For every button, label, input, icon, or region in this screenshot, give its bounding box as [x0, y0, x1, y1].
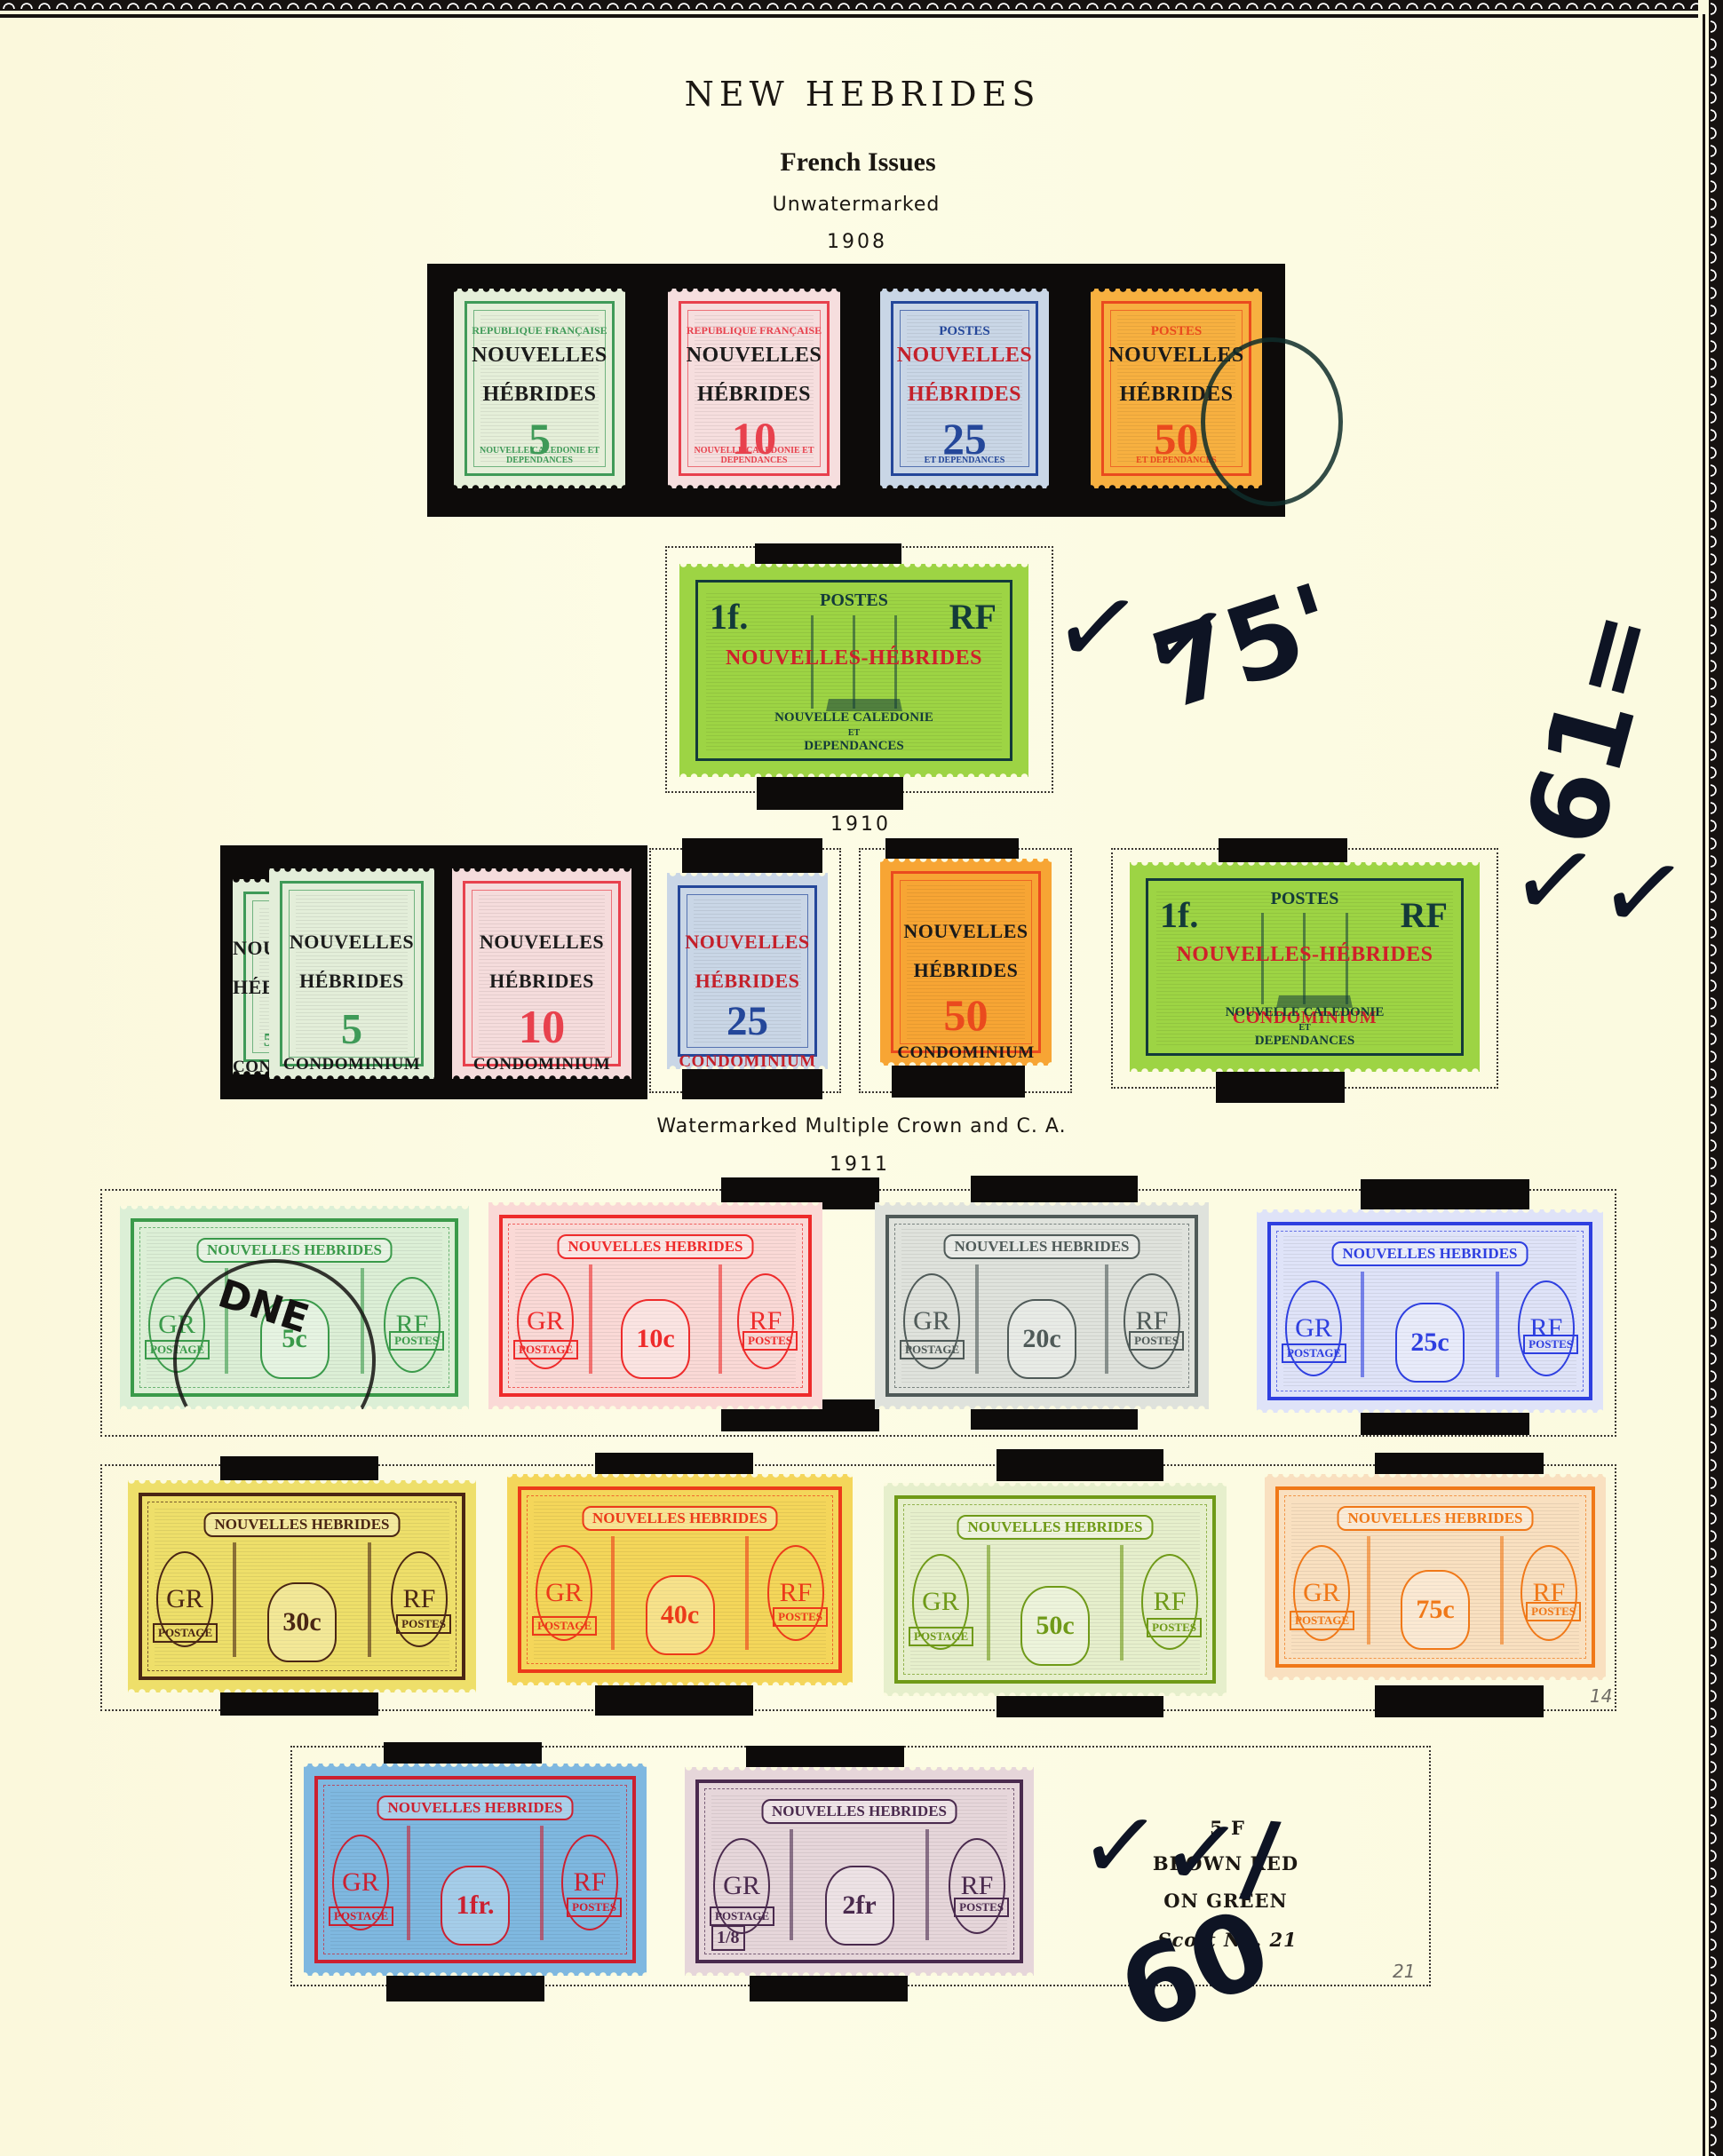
tablet-postes: POSTES — [773, 1607, 828, 1627]
monogram-rf: RF — [384, 1277, 441, 1373]
stamp-overprint: NOUVELLES — [880, 345, 1049, 367]
stamp-banner: NOUVELLES HEBRIDES — [558, 1234, 754, 1259]
stamp-bottom-text: NOUVELLE CALEDONIE — [679, 710, 1028, 725]
stamp-bottom-text: DEPENDANCES — [1130, 1034, 1480, 1049]
stamp-1910-10c[interactable]: 10NOUVELLESHÉBRIDESCONDOMINIUM — [452, 868, 631, 1079]
monogram-rf: RF — [949, 1838, 1005, 1934]
palm-tree-icon — [719, 1264, 722, 1374]
stamp-bottom-text: NOUVELLE CALEDONIE ET DEPENDANCES — [454, 446, 625, 465]
tablet-postes: POSTES — [742, 1331, 798, 1351]
palm-tree-icon — [368, 1542, 371, 1657]
postmark — [1201, 337, 1343, 506]
stamp-bottom-text: DEPENDANCES — [679, 739, 1028, 754]
stamp-1908-25c[interactable]: POSTES25ET DEPENDANCESNOUVELLESHÉBRIDES — [880, 289, 1049, 488]
stamp-overprint: CONDOMINIUM — [667, 1053, 828, 1069]
stamp-denomination: 25c — [1395, 1303, 1465, 1383]
stamp-banner: NOUVELLES HEBRIDES — [377, 1795, 574, 1820]
stamp-1910-1f-face[interactable]: 1f.RFPOSTESNOUVELLES-HÉBRIDESCONDOMINIUM… — [1130, 862, 1480, 1072]
palm-tree-icon — [975, 1264, 979, 1374]
stamp-top-text: POSTES — [880, 324, 1049, 339]
mount-hinge — [757, 774, 903, 810]
stamp-1911-1fr[interactable]: NOUVELLES HEBRIDESGRRFPOSTAGEPOSTES1fr. — [304, 1764, 647, 1976]
stamp-overprint: CONDOMINIUM — [269, 1056, 434, 1074]
tablet-postes: POSTES — [1129, 1331, 1184, 1351]
stamp-overprint: CONDOMINIUM — [452, 1056, 631, 1074]
stamp-banner: NOUVELLES HEBRIDES — [204, 1512, 401, 1537]
tablet-postes: POSTES — [396, 1614, 451, 1634]
stamp-1911-20c[interactable]: NOUVELLES HEBRIDESGRRFPOSTAGEPOSTES20c — [875, 1202, 1209, 1409]
stamp-bottom-text: ET — [679, 728, 1028, 738]
monogram-rf: RF — [737, 1273, 794, 1369]
tablet-postage: POSTAGE — [900, 1340, 965, 1359]
stamp-1910-5c[interactable]: 5NOUVELLESHÉBRIDESCONDOMINIUM — [269, 868, 434, 1079]
stamp-denomination: 10c — [621, 1299, 690, 1379]
stamp-1911-5c[interactable]: NOUVELLES HEBRIDESGRRFPOSTAGEPOSTES5cDNE — [120, 1206, 469, 1409]
palm-tree-icon — [1367, 1536, 1370, 1645]
album-page: NEW HEBRIDES French Issues Unwatermarked… — [0, 0, 1723, 2156]
stamp-overprint: HÉBRIDES — [454, 384, 625, 406]
stamp-banner: NOUVELLES HEBRIDES — [944, 1234, 1140, 1259]
page-border-right — [1709, 0, 1723, 2156]
handwritten-checkmarks-1911: ✓✓/ — [1075, 1785, 1283, 1915]
stamp-1911-2fr[interactable]: NOUVELLES HEBRIDESGRRFPOSTAGEPOSTES2fr1/… — [685, 1767, 1034, 1976]
stamp-1908-10c[interactable]: REPUBLIQUE FRANÇAISE10NOUVELLE CALEDONIE… — [668, 289, 840, 488]
stamp-top-text: POSTES — [1130, 889, 1480, 909]
tablet-postes: POSTES — [567, 1898, 622, 1917]
mount-hinge — [996, 1449, 1163, 1481]
stamp-bottom-text: ET DEPENDANCES — [880, 456, 1049, 465]
stamp-denomination: 25 — [667, 997, 828, 1045]
mount-hinge — [892, 1062, 1025, 1098]
stamp-denomination: 20c — [1007, 1299, 1076, 1379]
palm-tree-icon — [790, 1829, 793, 1940]
stamp-banner: NOUVELLES HEBRIDES — [761, 1799, 957, 1824]
section-watermarked: Watermarked Multiple Crown and C. A. — [656, 1115, 1066, 1137]
mount-hinge — [682, 838, 822, 874]
stamp-overprint: NOUVELLES — [668, 345, 840, 367]
tablet-postage: POSTAGE — [532, 1616, 597, 1636]
monogram-rf: RF — [1521, 1545, 1577, 1641]
palm-tree-icon — [540, 1826, 544, 1940]
mount-hinge — [595, 1684, 753, 1716]
stamp-1911-50c[interactable]: NOUVELLES HEBRIDESGRRFPOSTAGEPOSTES50c — [884, 1483, 1227, 1696]
palm-tree-icon — [1105, 1264, 1108, 1374]
stamp-denomination: 1fr. — [441, 1866, 510, 1946]
stamp-1910-25c[interactable]: 25NOUVELLESHÉBRIDESCONDOMINIUM — [667, 873, 828, 1069]
palm-tree-icon — [1496, 1272, 1499, 1377]
stamp-denomination: 50c — [1020, 1586, 1090, 1666]
page-rule-top — [0, 14, 1698, 18]
tablet-postage: POSTAGE — [329, 1906, 393, 1926]
year-1911: 1911 — [830, 1153, 890, 1176]
stamp-denomination: 5 — [269, 1005, 434, 1054]
stamp-banner: NOUVELLES HEBRIDES — [1338, 1506, 1534, 1531]
stamp-1911-30c[interactable]: NOUVELLES HEBRIDESGRRFPOSTAGEPOSTES30c — [128, 1480, 476, 1692]
stamp-overprint: NOUVELLES — [454, 345, 625, 367]
stamp-banner: NOUVELLES HEBRIDES — [1332, 1241, 1528, 1266]
tablet-postage: POSTAGE — [710, 1906, 774, 1926]
palm-tree-icon — [1361, 1272, 1364, 1377]
stamp-overprint: NOUVELLES — [667, 931, 828, 952]
tablet-postes: POSTES — [1523, 1335, 1578, 1354]
palm-tree-icon — [589, 1264, 592, 1374]
stamp-overprint: HÉBRIDES — [452, 971, 631, 991]
section-unwatermarked: Unwatermarked — [773, 194, 941, 216]
mount-hinge — [1216, 1067, 1345, 1103]
stamp-1910-50c[interactable]: 50NOUVELLESHÉBRIDESCONDOMINIUM — [880, 859, 1052, 1066]
stamp-top-text: POSTES — [1091, 324, 1262, 339]
year-1910: 1910 — [830, 813, 891, 836]
tablet-postage: POSTAGE — [513, 1340, 578, 1359]
stamp-denomination: 50 — [880, 989, 1052, 1041]
pencil-note-row2: 14 — [1590, 1685, 1612, 1707]
page-border-top — [0, 0, 1698, 11]
mount-hinge — [1375, 1685, 1544, 1717]
page-title: NEW HEBRIDES — [685, 75, 1041, 114]
palm-tree-icon — [987, 1545, 990, 1661]
stamp-1911-25c[interactable]: NOUVELLES HEBRIDESGRRFPOSTAGEPOSTES25c — [1257, 1209, 1603, 1413]
palm-tree-icon — [407, 1826, 410, 1940]
page-rule-right — [1703, 14, 1705, 2156]
stamp-bottom-text: ET — [1130, 1023, 1480, 1033]
stamp-top-text: POSTES — [679, 591, 1028, 611]
stamp-bottom-text: NOUVELLE CALEDONIE ET DEPENDANCES — [668, 446, 840, 465]
stamp-overprint: NOUVELLES-HÉBRIDES — [679, 647, 1028, 670]
stamp-top-text: REPUBLIQUE FRANÇAISE — [668, 324, 840, 337]
stamp-overprint: NOUVELLES-HÉBRIDES — [1130, 944, 1480, 966]
stamp-sterling-value: 1/8 — [711, 1925, 745, 1951]
stamp-overprint: NOUVELLES — [880, 921, 1052, 941]
stamp-overprint: HÉBRIDES — [667, 971, 828, 991]
stamp-1911-10c[interactable]: NOUVELLES HEBRIDESGRRFPOSTAGEPOSTES10c — [488, 1202, 822, 1409]
stamp-1908-5c[interactable]: REPUBLIQUE FRANÇAISE5NOUVELLE CALEDONIE … — [454, 289, 625, 488]
stamp-bottom-text: NOUVELLE CALEDONIE — [1130, 1005, 1480, 1020]
year-1908: 1908 — [827, 231, 887, 253]
tablet-postes: POSTES — [1147, 1618, 1202, 1637]
tablet-postes: POSTES — [389, 1331, 444, 1351]
stamp-overprint: HÉBRIDES — [269, 971, 434, 991]
stamp-overprint: NOUVELLES — [269, 931, 434, 952]
palm-tree-icon — [1500, 1536, 1504, 1645]
stamp-denomination: 2fr — [825, 1866, 894, 1946]
page-subtitle: French Issues — [780, 147, 935, 178]
monogram-rf: RF — [1124, 1273, 1180, 1369]
stamp-overprint: CONDOMINIUM — [880, 1044, 1052, 1062]
palm-tree-icon — [925, 1829, 929, 1940]
stamp-denomination: 30c — [267, 1582, 337, 1662]
monogram-rf: RF — [1518, 1280, 1575, 1376]
stamp-1911-40c[interactable]: NOUVELLES HEBRIDESGRRFPOSTAGEPOSTES40c — [507, 1474, 853, 1685]
palm-tree-icon — [745, 1536, 749, 1650]
stamp-top-text: REPUBLIQUE FRANÇAISE — [454, 324, 625, 337]
pencil-note-row3: 21 — [1393, 1961, 1415, 1982]
stamp-overprint: HÉBRIDES — [880, 960, 1052, 980]
stamp-1911-75c[interactable]: NOUVELLES HEBRIDESGRRFPOSTAGEPOSTES75c — [1265, 1474, 1606, 1680]
stamp-banner: NOUVELLES HEBRIDES — [196, 1238, 393, 1263]
mount-hinge — [1361, 1179, 1529, 1211]
stamp-overprint: HÉBRIDES — [668, 384, 840, 406]
tablet-postage: POSTAGE — [1282, 1344, 1346, 1363]
tablet-postage: POSTAGE — [909, 1627, 973, 1646]
stamp-1908-1f-face[interactable]: 1f.RFPOSTESNOUVELLES-HÉBRIDESNOUVELLE CA… — [679, 564, 1028, 777]
tablet-postage: POSTAGE — [1290, 1611, 1354, 1630]
stamp-banner: NOUVELLES HEBRIDES — [957, 1515, 1154, 1540]
palm-tree-icon — [611, 1536, 615, 1650]
stamp-denomination: 10 — [452, 1001, 631, 1054]
tablet-postage: POSTAGE — [153, 1623, 218, 1643]
tablet-postes: POSTES — [954, 1898, 1009, 1917]
tablet-postes: POSTES — [1526, 1602, 1581, 1621]
palm-tree-icon — [233, 1542, 236, 1657]
handwritten-checkmarks-1910: ✓✓ — [1502, 814, 1695, 962]
stamp-denomination: 75c — [1401, 1570, 1470, 1650]
stamp-overprint: NOUVELLES — [452, 931, 631, 952]
mount-hinge — [682, 1064, 822, 1099]
stamp-overprint: HÉBRIDES — [880, 384, 1049, 406]
stamp-denomination: 40c — [646, 1575, 715, 1655]
stamp-banner: NOUVELLES HEBRIDES — [582, 1506, 778, 1531]
palm-tree-icon — [1120, 1545, 1124, 1661]
